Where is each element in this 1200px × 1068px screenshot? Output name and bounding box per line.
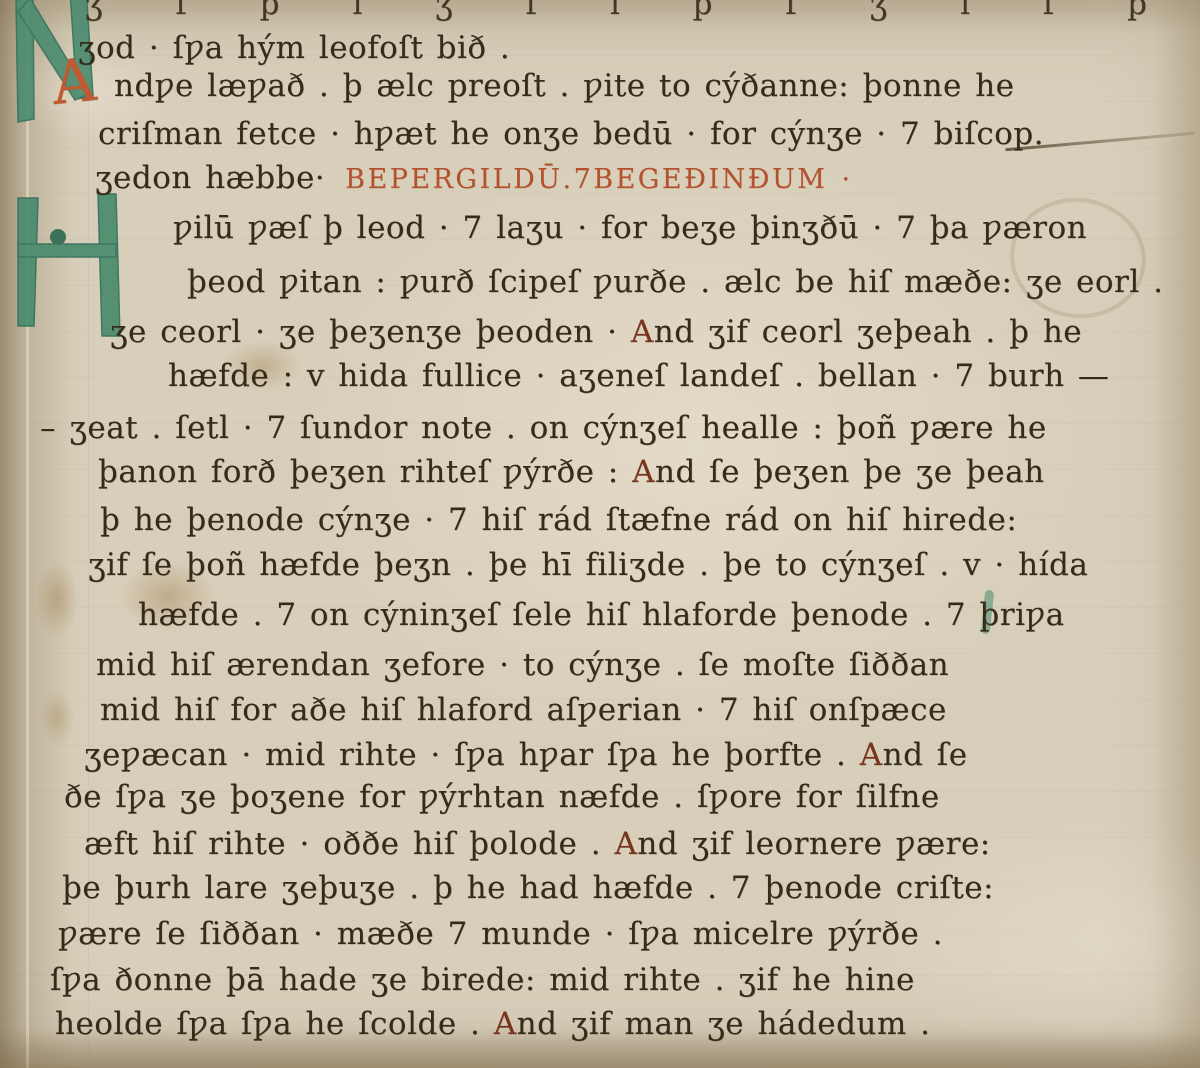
manuscript-line-17: ðe ſƿa ʒe þoʒene for ƿýrhtan næfde . ſƿo… — [64, 777, 940, 817]
manuscript-line-15: mid hiſ for aðe hiſ hlaford aſƿerian · 7… — [100, 690, 947, 730]
text-run: nd ſe — [883, 737, 968, 773]
text-run: nd ʒif man ʒe hádedum . — [517, 1006, 931, 1042]
text-run: criſman fetce · hƿæt he onʒe bedū · for … — [98, 116, 1044, 152]
manuscript-line-14: mid hiſ ærendan ʒefore · to cýnʒe . ſe m… — [96, 645, 949, 685]
text-run: hæfde . 7 on cýninʒeſ ſele hiſ hlaforde … — [138, 597, 1065, 633]
text-run: æft hiſ rihte · oððe hiſ þolode . — [84, 826, 614, 862]
text-run: ʒeƿæcan · mid rihte · ſƿa hƿar ſƿa he þo… — [84, 737, 860, 773]
text-run: ſƿa ðonne þā hade ʒe birede: mid rihte .… — [50, 962, 915, 998]
text-run: ðe ſƿa ʒe þoʒene for ƿýrhtan næfde . ſƿo… — [64, 779, 940, 815]
text-run: ndƿe læƿað . þ ælc preoſt . ƿite to cýða… — [114, 68, 1015, 104]
manuscript-line-12: ʒif ſe þoñ hæfde þeʒn . þe hī filiʒde . … — [88, 545, 1088, 585]
manuscript-line-6: þeod ƿitan : ƿurð ſcipeſ ƿurðe . ælc be … — [187, 262, 1164, 302]
text-run: – ʒeat . ſetl · 7 ſundor note . on cýnʒe… — [40, 410, 1047, 446]
manuscript-line-4: ʒedon hæbbe·BEPERGILDŪ.7BEGEÐINÐUM · — [95, 158, 853, 200]
text-run: nd ʒif leornere ƿære: — [637, 826, 990, 862]
text-run: hæfde : v hida fullice · aʒeneſ landeſ .… — [168, 358, 1109, 394]
manuscript-line-2: ndƿe læƿað . þ ælc preoſt . ƿite to cýða… — [114, 66, 1015, 106]
manuscript-line-20: ƿære ſe ſiððan · mæðe 7 munde · ſƿa mice… — [58, 914, 943, 954]
text-run: ʒif ſe þoñ hæfde þeʒn . þe hī filiʒde . … — [88, 547, 1088, 583]
manuscript-line-3: criſman fetce · hƿæt he onʒe bedū · for … — [98, 114, 1044, 154]
manuscript-line-16: ʒeƿæcan · mid rihte · ſƿa hƿar ſƿa he þo… — [84, 735, 968, 775]
red-touched-capital: A — [614, 826, 637, 862]
text-run: heolde ſƿa ſƿa he ſcolde . — [55, 1006, 494, 1042]
parchment-stain — [40, 690, 74, 746]
red-touched-capital: A — [631, 314, 654, 350]
text-run: ƿære ſe ſiððan · mæðe 7 munde · ſƿa mice… — [58, 916, 943, 952]
manuscript-page: A ʒ ſ þ ı ʒ ſ ı þ ſ ʒ ı ſ þ ʒ ſ ʒʒod · ſ… — [0, 0, 1200, 1068]
manuscript-line-7: ʒe ceorl · ʒe þeʒenʒe þeoden · And ʒif c… — [110, 312, 1082, 352]
text-run: þanon forð þeʒen rihteſ ƿýrðe : — [98, 454, 632, 490]
text-run: þeod ƿitan : ƿurð ſcipeſ ƿurðe . ælc be … — [187, 264, 1164, 300]
text-run: ƿilū ƿæſ þ leod · 7 laʒu · for beʒe þinʒ… — [173, 210, 1087, 246]
manuscript-line-18: æft hiſ rihte · oððe hiſ þolode . And ʒi… — [84, 824, 991, 864]
rubric-heading: BEPERGILDŪ.7BEGEÐINÐUM · — [345, 164, 852, 195]
cropped-line-fragment: ʒ ſ þ ı ʒ ſ ı þ ſ ʒ ı ſ þ ʒ ſ ʒ — [85, 0, 1200, 22]
manuscript-line-9: – ʒeat . ſetl · 7 ſundor note . on cýnʒe… — [40, 408, 1047, 448]
text-run: ʒod · ſƿa hým leofoſt bið . — [78, 30, 510, 66]
parchment-stain — [36, 560, 78, 638]
text-run: ʒe ceorl · ʒe þeʒenʒe þeoden · — [110, 314, 631, 350]
manuscript-line-0: ʒ ſ þ ı ʒ ſ ı þ ſ ʒ ı ſ þ ʒ ſ ʒ — [85, 0, 1200, 24]
text-run: nd ſe þeʒen þe ʒe þeah — [655, 454, 1045, 490]
red-touched-capital: A — [494, 1006, 517, 1042]
manuscript-line-19: þe þurh lare ʒeþuʒe . þ he had hæfde . 7… — [62, 868, 994, 908]
text-run: mid hiſ for aðe hiſ hlaford aſƿerian · 7… — [100, 692, 947, 728]
manuscript-line-10: þanon forð þeʒen rihteſ ƿýrðe : And ſe þ… — [98, 452, 1045, 492]
text-run: nd ʒif ceorl ʒeþeah . þ he — [654, 314, 1082, 350]
manuscript-line-13: hæfde . 7 on cýninʒeſ ſele hiſ hlaforde … — [138, 595, 1065, 635]
manuscript-line-11: þ he þenode cýnʒe · 7 hiſ rád ſtæfne rád… — [100, 500, 1017, 540]
parchment-crack — [26, 0, 29, 1068]
manuscript-line-1: ʒod · ſƿa hým leofoſt bið . — [78, 28, 510, 68]
red-touched-capital: A — [632, 454, 655, 490]
manuscript-line-8: hæfde : v hida fullice · aʒeneſ landeſ .… — [168, 356, 1109, 396]
text-run: þ he þenode cýnʒe · 7 hiſ rád ſtæfne rád… — [100, 502, 1017, 538]
text-run: ʒedon hæbbe· — [95, 160, 325, 196]
text-run: mid hiſ ærendan ʒefore · to cýnʒe . ſe m… — [96, 647, 949, 683]
manuscript-line-5: ƿilū ƿæſ þ leod · 7 laʒu · for beʒe þinʒ… — [173, 208, 1087, 248]
manuscript-line-22: heolde ſƿa ſƿa he ſcolde . And ʒif man ʒ… — [55, 1004, 931, 1044]
text-run: þe þurh lare ʒeþuʒe . þ he had hæfde . 7… — [62, 870, 994, 906]
red-touched-capital: A — [860, 737, 883, 773]
manuscript-line-21: ſƿa ðonne þā hade ʒe birede: mid rihte .… — [50, 960, 915, 1000]
